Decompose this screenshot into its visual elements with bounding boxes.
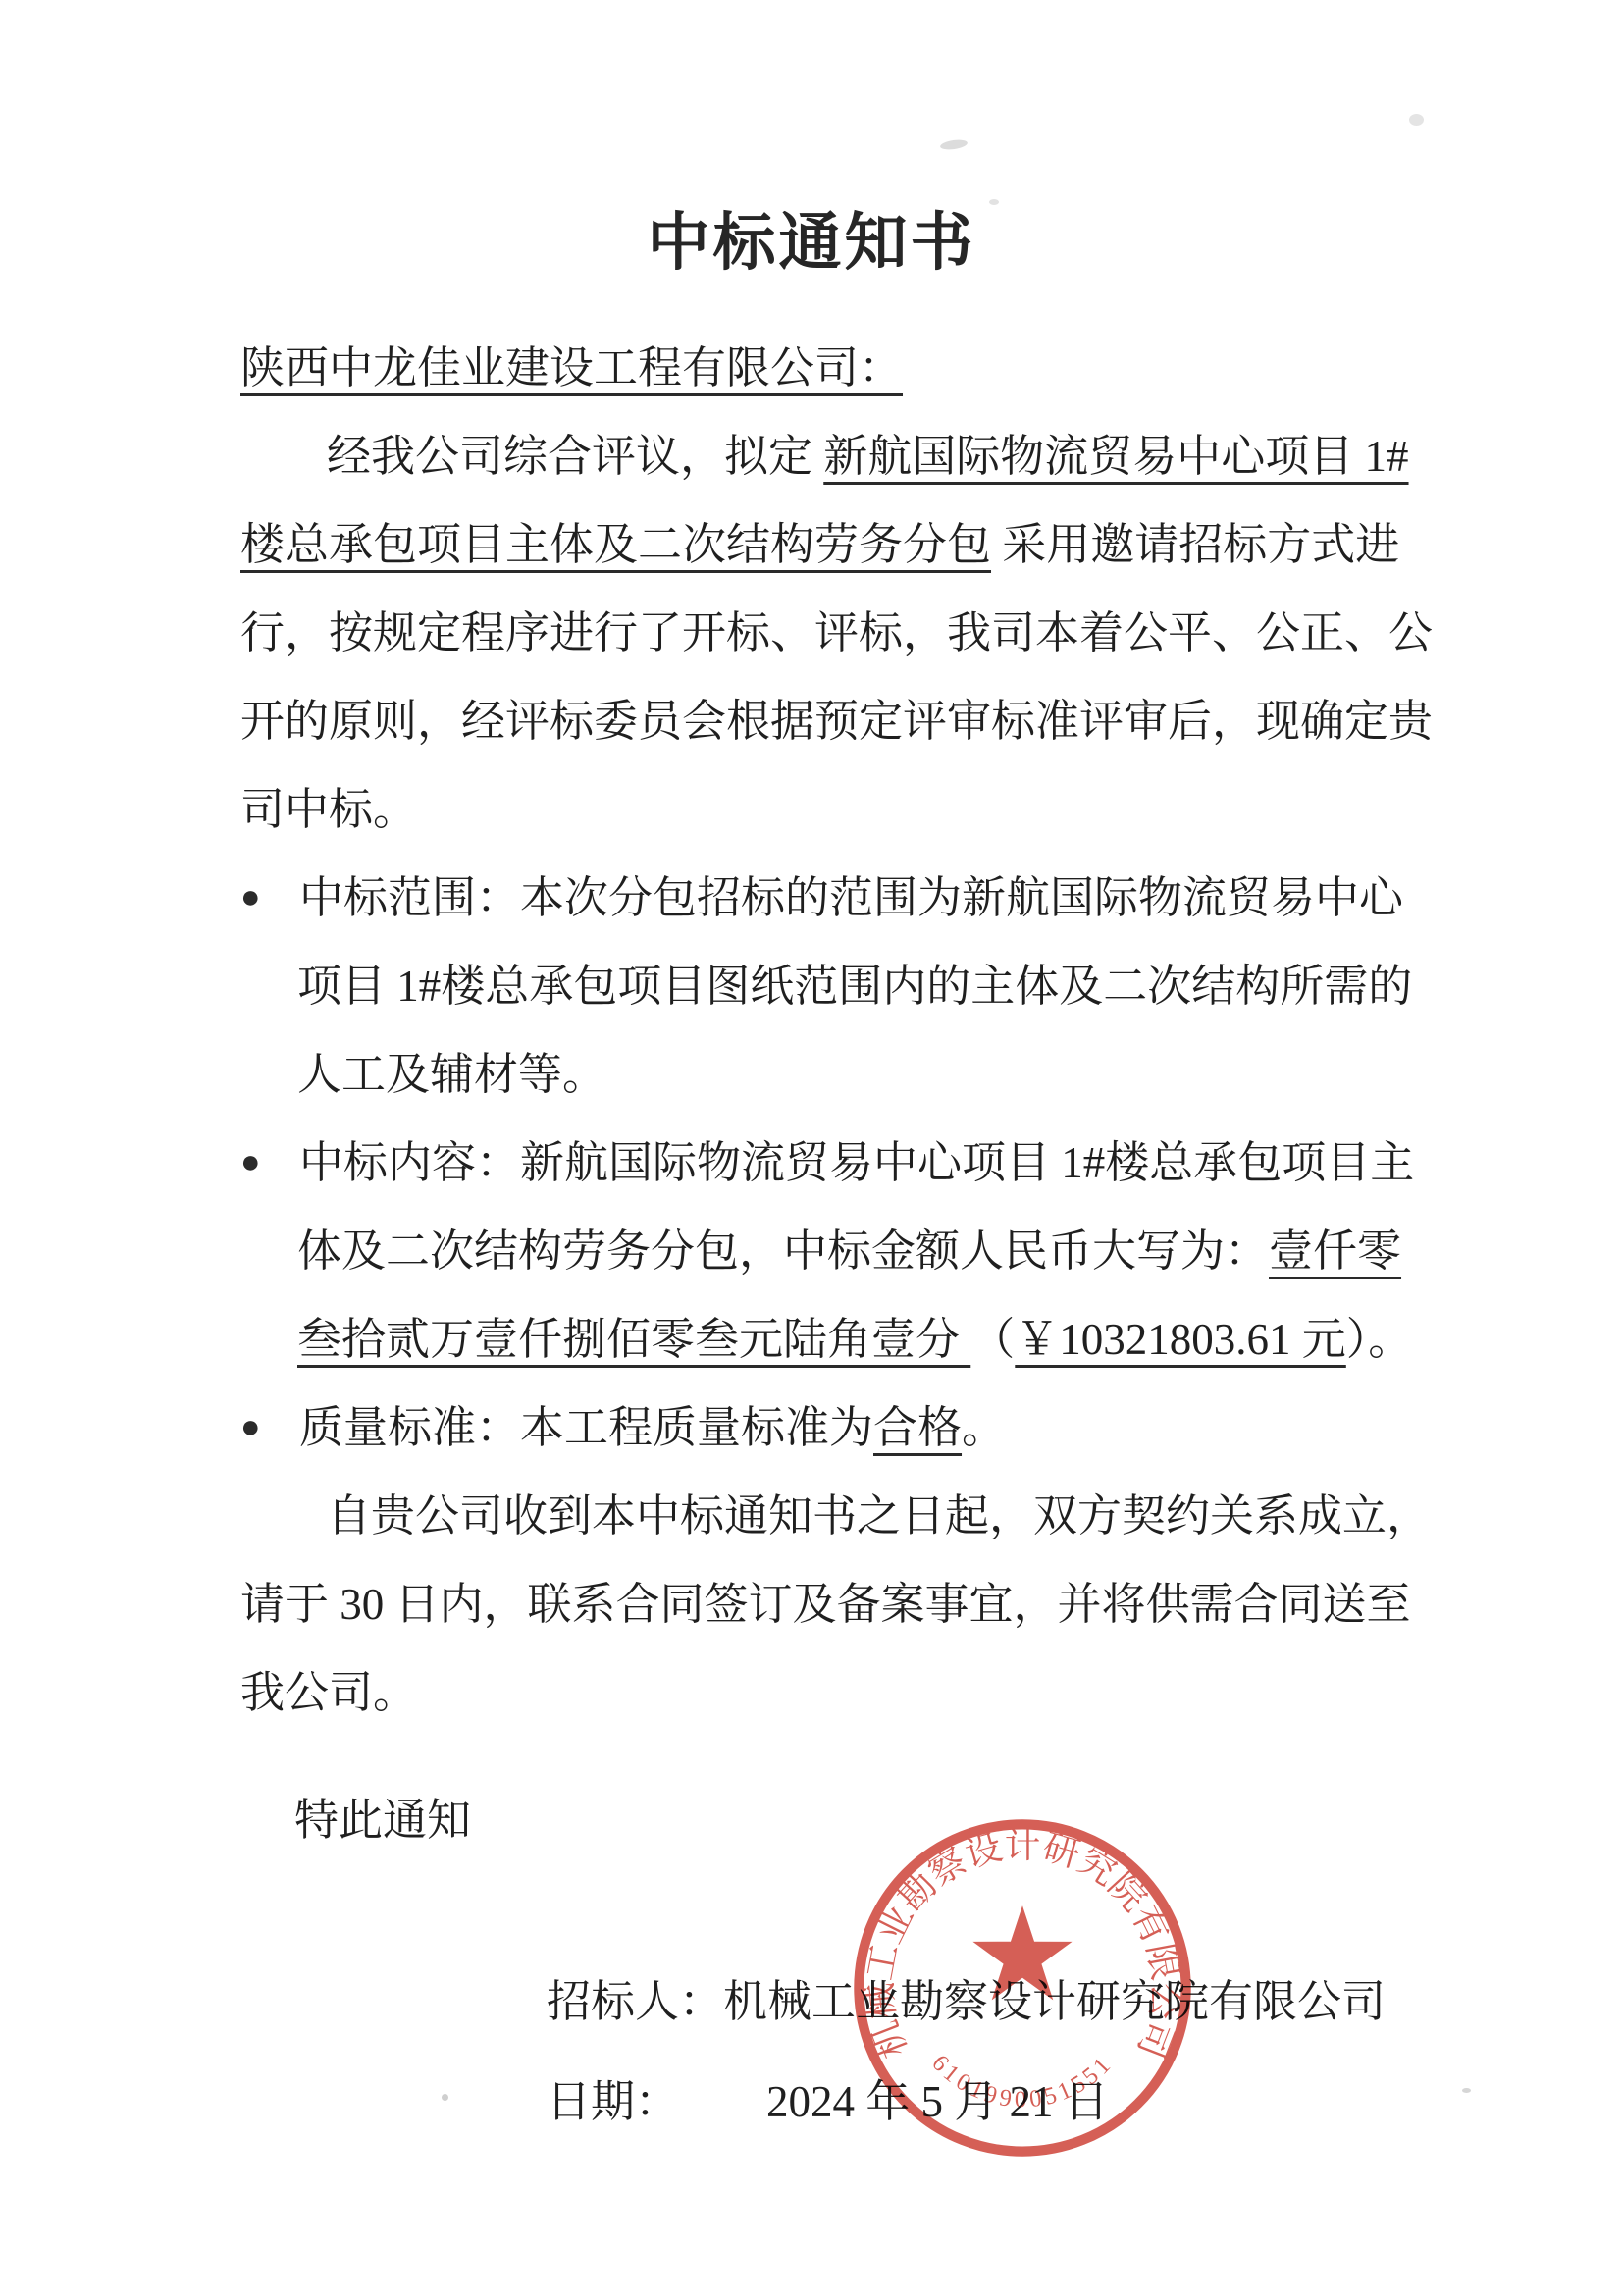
- body-text: 项目 1#楼总承包项目图纸范围内的主体及二次结构所需的: [297, 962, 1412, 1011]
- bullet-item-scope: ●中标范围：本次分包招标的范围为新航国际物流贸易中心: [240, 854, 1428, 942]
- body-text: 司中标。: [240, 785, 417, 834]
- date-label: 日期：: [547, 2058, 766, 2146]
- paragraph-line: 楼总承包项目主体及二次结构劳务分包 采用邀请招标方式进: [240, 500, 1428, 589]
- body-text: 我公司。: [240, 1668, 417, 1717]
- body-text: 开的原则，经评标委员会根据预定评审标准评审后，现确定贵: [240, 697, 1433, 746]
- bullet-item-content: ●中标内容：新航国际物流贸易中心项目 1#楼总承包项目主: [240, 1119, 1428, 1207]
- paragraph-line: 开的原则，经评标委员会根据预定评审标准评审后，现确定贵: [240, 677, 1428, 765]
- project-name-underlined: 楼总承包项目主体及二次结构劳务分包: [240, 520, 991, 569]
- notice-document-page: 中标通知书 陕西中龙佳业建设工程有限公司： 经我公司综合评议，拟定 新航国际物流…: [0, 0, 1623, 2296]
- bullet-icon: ●: [240, 854, 261, 942]
- paragraph-line: 我公司。: [240, 1648, 1428, 1737]
- document-body: 陕西中龙佳业建设工程有限公司： 经我公司综合评议，拟定 新航国际物流贸易中心项目…: [240, 324, 1428, 1864]
- bullet-continuation-line: 叁拾贰万壹仟捌佰零叁元陆角壹分 （￥10321803.61 元）。: [240, 1295, 1428, 1383]
- bullet-continuation-line: 人工及辅材等。: [240, 1030, 1428, 1119]
- paragraph-line: 经我公司综合评议，拟定 新航国际物流贸易中心项目 1#: [240, 412, 1428, 500]
- amount-numeric-underlined: ￥10321803.61 元: [1015, 1315, 1346, 1364]
- body-text: 自贵公司收到本中标通知书之日起，双方契约关系成立，: [327, 1491, 1431, 1540]
- recipient-line: 陕西中龙佳业建设工程有限公司：: [240, 324, 1428, 412]
- body-text: 采用邀请招标方式进: [991, 520, 1399, 569]
- closing-phrase: 特此通知: [240, 1776, 1428, 1864]
- scan-smudge: [442, 2094, 448, 2101]
- scan-smudge: [989, 199, 999, 205]
- body-text: 人工及辅材等。: [297, 1050, 606, 1099]
- body-text: （: [970, 1315, 1015, 1364]
- paragraph-line: 请于 30 日内，联系合同签订及备案事宜，并将供需合同送至: [240, 1560, 1428, 1648]
- body-text: 。: [962, 1403, 1006, 1452]
- quality-standard-underlined: 合格: [873, 1403, 962, 1452]
- body-text: 请于 30 日内，联系合同签订及备案事宜，并将供需合同送至: [240, 1580, 1411, 1629]
- scan-smudge: [940, 138, 969, 151]
- scan-smudge: [1409, 114, 1424, 126]
- body-text: 经我公司综合评议，拟定: [327, 432, 823, 481]
- body-text: 质量标准：本工程质量标准为: [299, 1403, 873, 1452]
- company-seal: 机械工业勘察设计研究院有限公司 6101990051551: [842, 1807, 1203, 2168]
- body-text: 中标范围：本次分包招标的范围为新航国际物流贸易中心: [299, 873, 1403, 922]
- tenderer-label: 招标人：: [547, 1977, 723, 2026]
- body-text: 特此通知: [294, 1796, 471, 1845]
- bullet-continuation-line: 体及二次结构劳务分包，中标金额人民币大写为：壹仟零: [240, 1207, 1428, 1295]
- body-text: 体及二次结构劳务分包，中标金额人民币大写为：: [297, 1226, 1269, 1276]
- amount-in-words-underlined: 壹仟零: [1269, 1226, 1401, 1276]
- bullet-continuation-line: 项目 1#楼总承包项目图纸范围内的主体及二次结构所需的: [240, 942, 1428, 1030]
- seal-number-text: 6101990051551: [926, 2050, 1118, 2113]
- bullet-icon: ●: [240, 1119, 261, 1207]
- project-name-underlined: 新航国际物流贸易中心项目 1#: [823, 432, 1408, 481]
- scan-smudge: [1462, 2088, 1471, 2093]
- recipient-company-name: 陕西中龙佳业建设工程有限公司：: [240, 343, 903, 392]
- paragraph-line: 自贵公司收到本中标通知书之日起，双方契约关系成立，: [240, 1472, 1428, 1560]
- bullet-item-quality: ●质量标准：本工程质量标准为合格。: [240, 1383, 1428, 1472]
- bullet-icon: ●: [240, 1383, 261, 1472]
- body-text: 中标内容：新航国际物流贸易中心项目 1#楼总承包项目主: [299, 1138, 1414, 1187]
- body-text: ）。: [1346, 1315, 1413, 1364]
- amount-in-words-underlined: 叁拾贰万壹仟捌佰零叁元陆角壹分: [297, 1315, 970, 1364]
- paragraph-line: 司中标。: [240, 765, 1428, 854]
- page-title: 中标通知书: [0, 192, 1623, 283]
- body-text: 行，按规定程序进行了开标、评标，我司本着公平、公正、公: [240, 608, 1433, 657]
- paragraph-line: 行，按规定程序进行了开标、评标，我司本着公平、公正、公: [240, 589, 1428, 677]
- seal-star-icon: [972, 1905, 1072, 2000]
